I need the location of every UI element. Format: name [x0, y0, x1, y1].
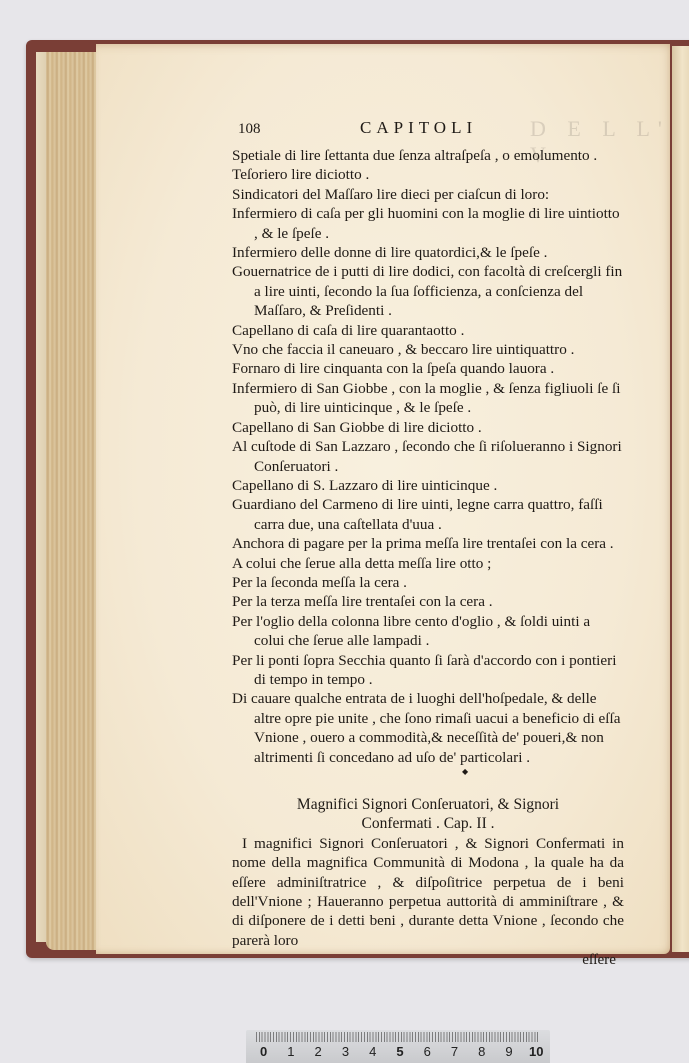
page-header: 108 CAPITOLI — [232, 118, 624, 146]
list-item: Capellano di S. Lazzaro di lire uinticin… — [232, 476, 624, 495]
dot-ornament: ◆ — [462, 767, 624, 777]
list-item: Infermiero di San Giobbe , con la moglie… — [232, 379, 624, 418]
page-text: 108 CAPITOLI Spetiale di lire ſettanta d… — [232, 118, 624, 970]
ruler-ticks — [256, 1032, 540, 1042]
ruler-label: 10 — [523, 1044, 550, 1059]
section-heading: Magnifici Signori Conſeruatori, & Signor… — [232, 795, 624, 834]
list-item: Teſoriero lire diciotto . — [232, 165, 624, 184]
list-item: Capellano di caſa di lire quarantaotto . — [232, 321, 624, 340]
page-edges — [46, 52, 98, 950]
list-item: Sindicatori del Maſſaro lire dieci per c… — [232, 185, 624, 204]
catchword: eſſere — [232, 950, 624, 969]
list-item: Infermiero di caſa per gli huomini con l… — [232, 204, 624, 243]
ruler-label: 2 — [305, 1044, 332, 1059]
list-item: Spetiale di lire ſettanta due ſenza altr… — [232, 146, 624, 165]
page-number: 108 — [238, 120, 261, 139]
list-item: Per l'oglio della colonna libre cento d'… — [232, 612, 624, 651]
list-item: Fornaro di lire cinquanta con la ſpeſa q… — [232, 359, 624, 378]
ruler-label: 5 — [386, 1044, 413, 1059]
heading-line-2: Confermati . Cap. II . — [232, 814, 624, 833]
ruler-label: 6 — [414, 1044, 441, 1059]
list-item: Al cuſtode di San Lazzaro , ſecondo che … — [232, 437, 624, 476]
ruler-label: 1 — [277, 1044, 304, 1059]
ruler-label: 3 — [332, 1044, 359, 1059]
list-item: Per la ſeconda meſſa la cera . — [232, 573, 624, 592]
list-item: Guardiano del Carmeno di lire uinti, leg… — [232, 495, 624, 534]
list-item: Infermiero delle donne di lire quatordic… — [232, 243, 624, 262]
ruler-label: 9 — [495, 1044, 522, 1059]
list-item: Di cauare qualche entrata de i luoghi de… — [232, 689, 624, 767]
section-paragraph: I magnifici Signori Conſeruatori , & Sig… — [232, 834, 624, 950]
ruler-label: 4 — [359, 1044, 386, 1059]
running-head: CAPITOLI — [360, 118, 477, 137]
ruler-label: 7 — [441, 1044, 468, 1059]
list-item: Vno che faccia il caneuaro , & beccaro l… — [232, 340, 624, 359]
measuring-ruler: 0 1 2 3 4 5 6 7 8 9 10 — [246, 1030, 550, 1063]
ruler-label: 0 — [250, 1044, 277, 1059]
list-item: Per la terza meſſa lire trentaſei con la… — [232, 592, 624, 611]
facing-page-edge — [672, 46, 689, 952]
ruler-labels: 0 1 2 3 4 5 6 7 8 9 10 — [250, 1044, 550, 1059]
list-item: Per li ponti ſopra Secchia quanto ſi ſar… — [232, 651, 624, 690]
list-item: Gouernatrice de i putti di lire dodici, … — [232, 262, 624, 320]
list-item: Anchora di pagare per la prima meſſa lir… — [232, 534, 624, 553]
heading-line-1: Magnifici Signori Conſeruatori, & Signor… — [232, 795, 624, 814]
list-item: Capellano di San Giobbe di lire diciotto… — [232, 418, 624, 437]
ruler-label: 8 — [468, 1044, 495, 1059]
list-item: A colui che ſerue alla detta meſſa lire … — [232, 554, 624, 573]
